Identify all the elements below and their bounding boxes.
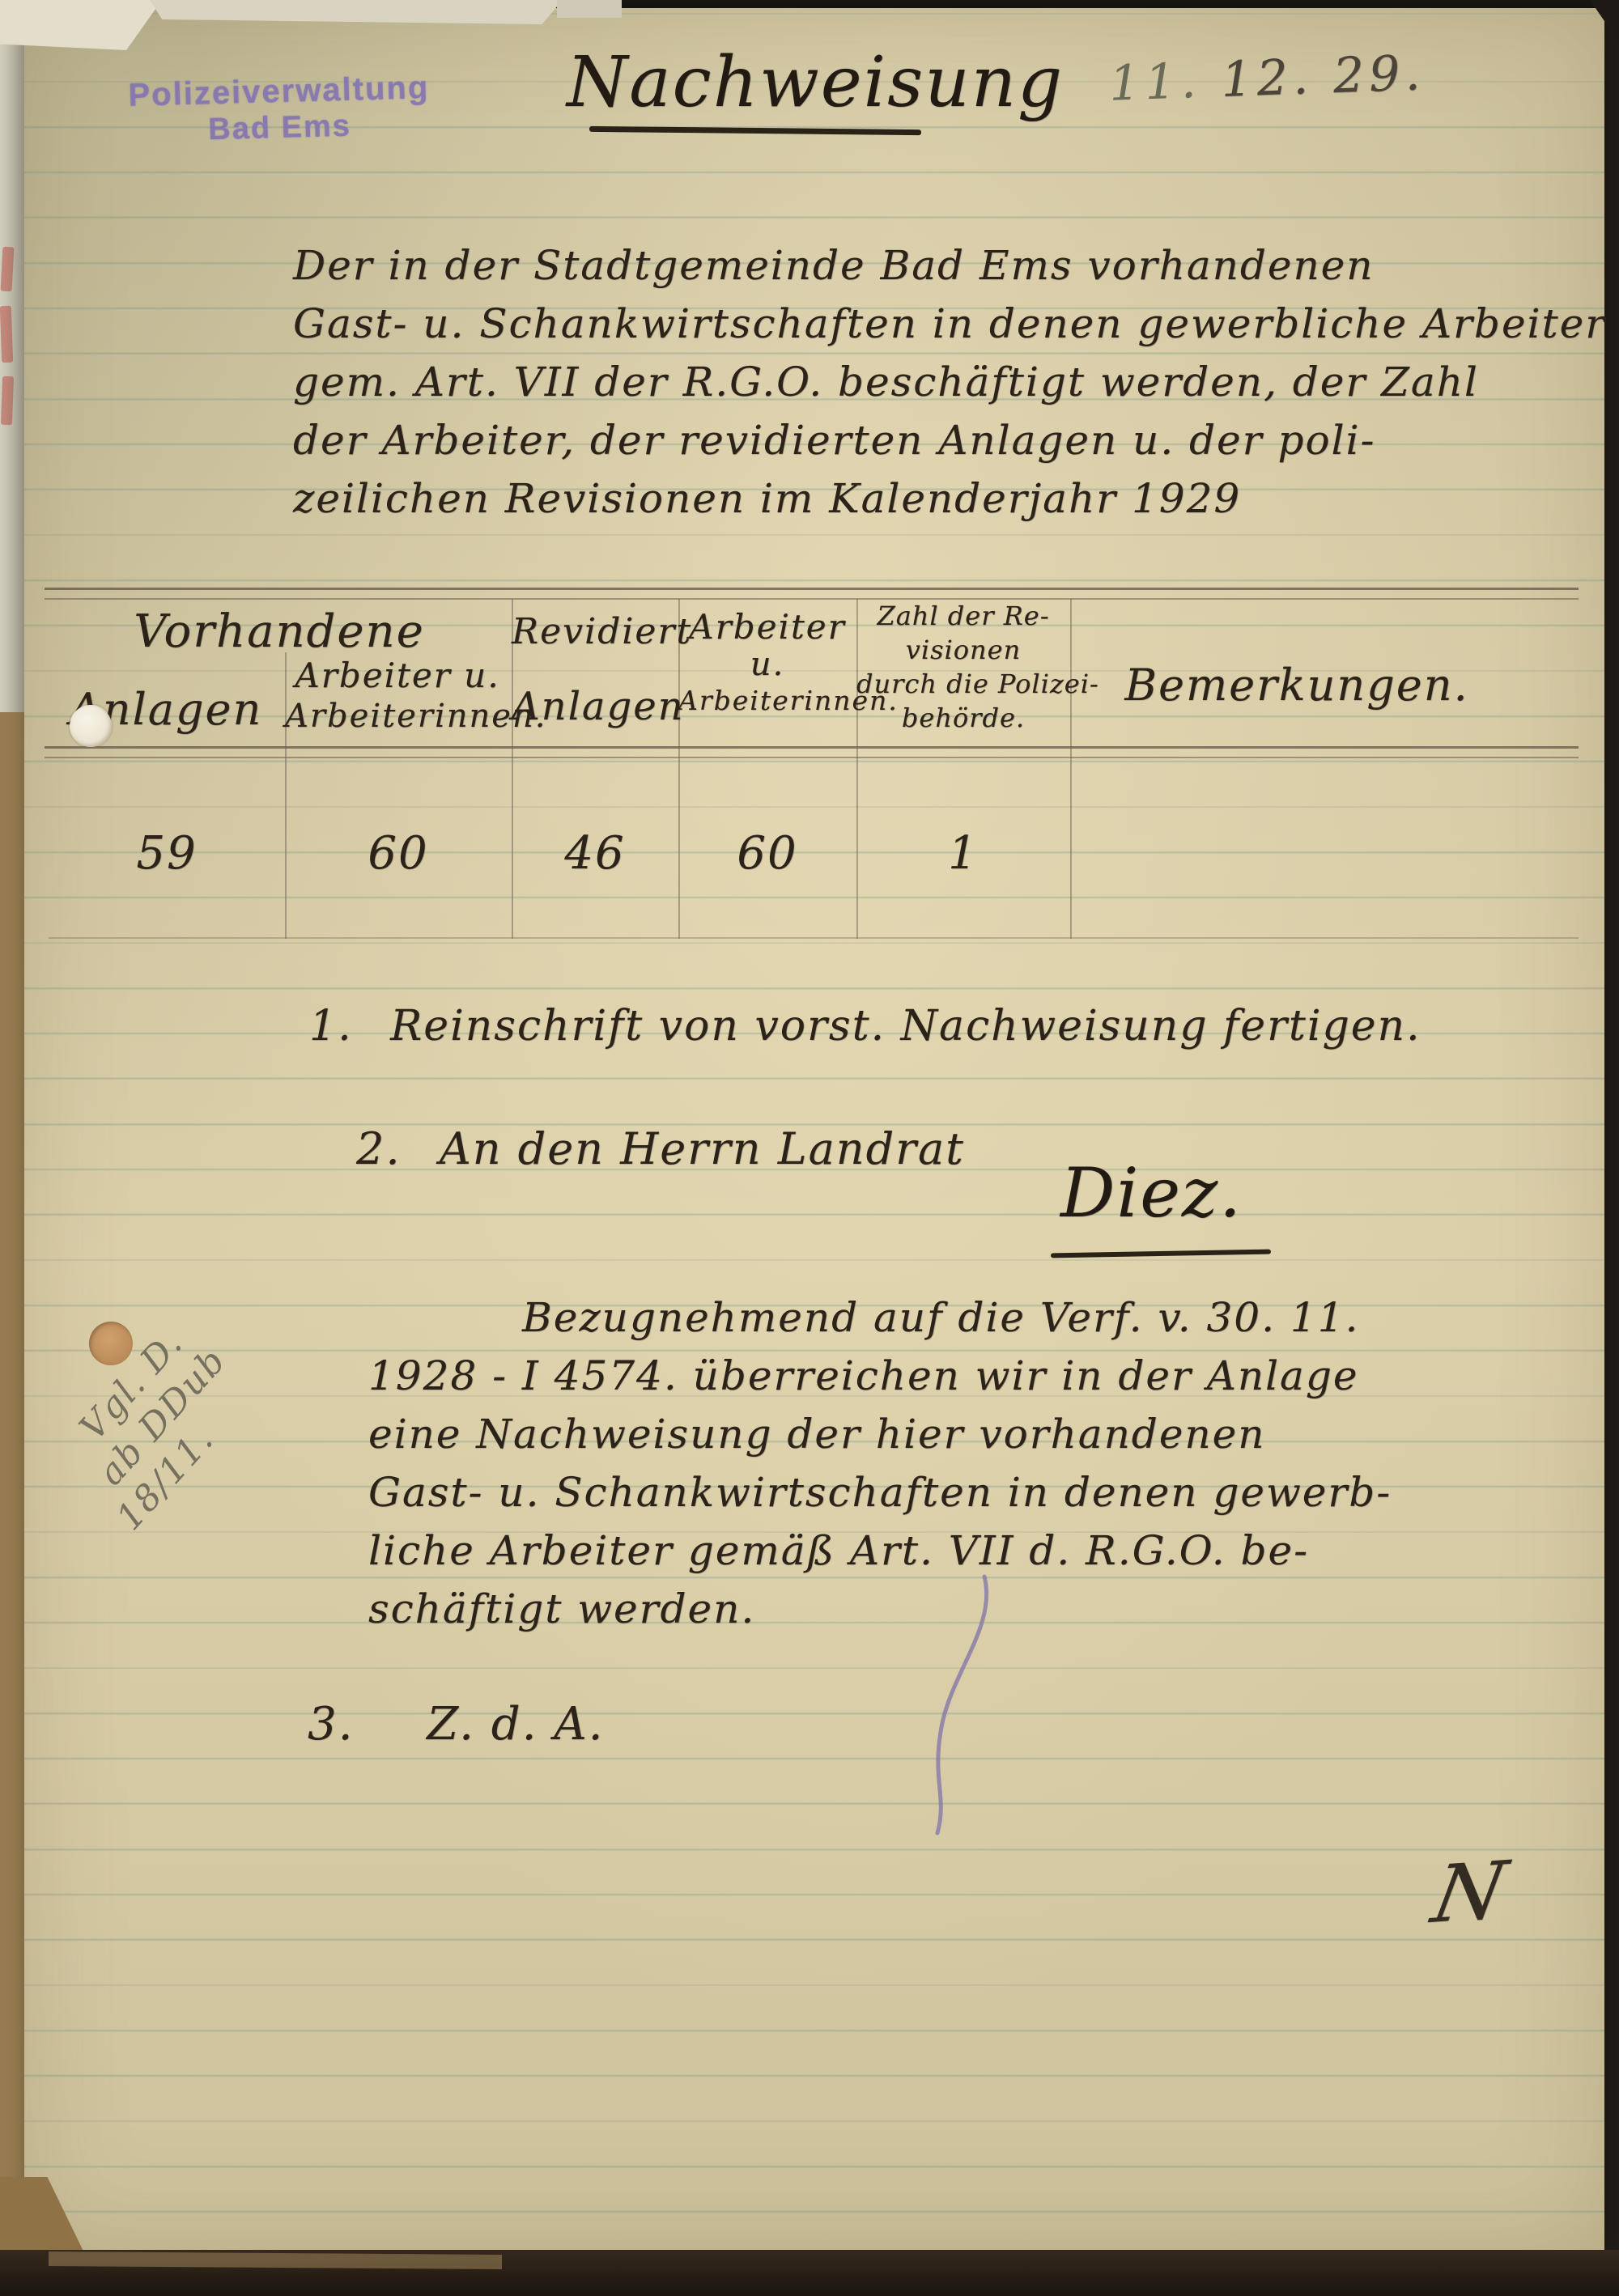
table-header-border: [45, 746, 1579, 758]
col-header-arbeiter-1: Arbeiter u.: [285, 656, 510, 695]
date-day: 11.: [1108, 53, 1202, 112]
body-line: 1928 - I 4574. überreichen wir in der An…: [368, 1347, 1392, 1405]
col-header-revisionen-2: visionen: [856, 634, 1070, 665]
overlapping-paper-tab: [557, 0, 622, 18]
table-column-line: [285, 652, 287, 939]
table-top-border: [45, 588, 1579, 600]
col-header-rev-arbeiter-2: u.: [678, 646, 856, 683]
body-line: liche Arbeiter gemäß Art. VII d. R.G.O. …: [368, 1521, 1392, 1580]
item3-number: 3.: [308, 1698, 354, 1751]
col-header-arbeiter-2: Arbeiterinnen.: [285, 698, 510, 735]
col-header-revisionen-3: durch die Polizei-: [856, 668, 1070, 699]
cell-revidierte-arbeiter: 60: [678, 827, 856, 880]
table-bottom-border: [49, 937, 1579, 939]
cell-revidierte-anlagen: 46: [512, 827, 678, 880]
item2-text: An den Herrn Landrat: [440, 1123, 965, 1174]
col-header-revidiert-1: Revidiert: [512, 611, 678, 652]
body-line: Bezugnehmend auf die Verf. v. 30. 11.: [368, 1288, 1392, 1347]
col-header-rev-arbeiter-3: Arbeiterinnen.: [678, 685, 856, 716]
left-paper-edge: [0, 0, 24, 728]
col-header-rev-arbeiter-1: Arbeiter: [678, 607, 856, 647]
addressee-name: Diez.: [1060, 1153, 1243, 1233]
item2-number: 2.: [356, 1123, 402, 1174]
intro-line: zeilichen Revisionen im Kalenderjahr 192…: [293, 469, 1606, 528]
cell-vorhandene-anlagen: 59: [49, 827, 285, 880]
red-edge-mark: [1, 247, 15, 292]
intro-line: Der in der Stadtgemeinde Bad Ems vorhand…: [293, 236, 1606, 295]
body-line: Gast- u. Schankwirtschaften in denen gew…: [368, 1463, 1392, 1521]
punch-hole-top: [70, 705, 112, 747]
table-group-header: Vorhandene: [49, 605, 510, 658]
date-note: 11. 12. 29.: [1108, 45, 1426, 112]
col-header-revisionen-4: behörde.: [856, 702, 1070, 733]
disposition-item-3: 3. Z. d. A.: [308, 1698, 604, 1751]
red-edge-mark: [1, 376, 14, 425]
document-title: Nachweisung: [567, 42, 955, 123]
body-line: schäftigt werden.: [368, 1580, 1392, 1638]
item1-text: Reinschrift von vorst. Nachweisung ferti…: [390, 1002, 1421, 1050]
intro-paragraph: Der in der Stadtgemeinde Bad Ems vorhand…: [293, 236, 1606, 528]
item1-number: 1.: [309, 1002, 353, 1050]
disposition-item-2: 2. An den Herrn Landrat: [356, 1123, 965, 1174]
body-line: eine Nachweisung der hier vorhandenen: [368, 1405, 1392, 1463]
intro-line: Gast- u. Schankwirtschaften in denen gew…: [293, 295, 1606, 353]
col-header-revisionen-1: Zahl der Re-: [856, 601, 1070, 631]
cell-zahl-revisionen: 1: [856, 827, 1070, 880]
col-header-bemerkungen: Bemerkungen.: [1070, 660, 1523, 711]
intro-line: der Arbeiter, der revidierten Anlagen u.…: [293, 411, 1606, 469]
table-column-line: [1070, 599, 1072, 939]
intro-line: gem. Art. VII der R.G.O. beschäftigt wer…: [293, 353, 1606, 411]
date-month-year: 12. 29.: [1220, 45, 1426, 108]
red-edge-mark: [0, 306, 13, 363]
police-administration-stamp: Polizeiverwaltung Bad Ems: [121, 69, 438, 150]
disposition-item-1: 1. Reinschrift von vorst. Nachweisung fe…: [309, 1002, 1421, 1050]
cell-vorhandene-arbeiter: 60: [285, 827, 512, 880]
scanned-document-page: Polizeiverwaltung Bad Ems 11. 12. 29. Na…: [0, 0, 1619, 2296]
item3-text: Z. d. A.: [427, 1698, 604, 1751]
col-header-revidiert-2: Anlagen: [512, 684, 678, 729]
body-paragraph: Bezugnehmend auf die Verf. v. 30. 11. 19…: [368, 1288, 1392, 1638]
